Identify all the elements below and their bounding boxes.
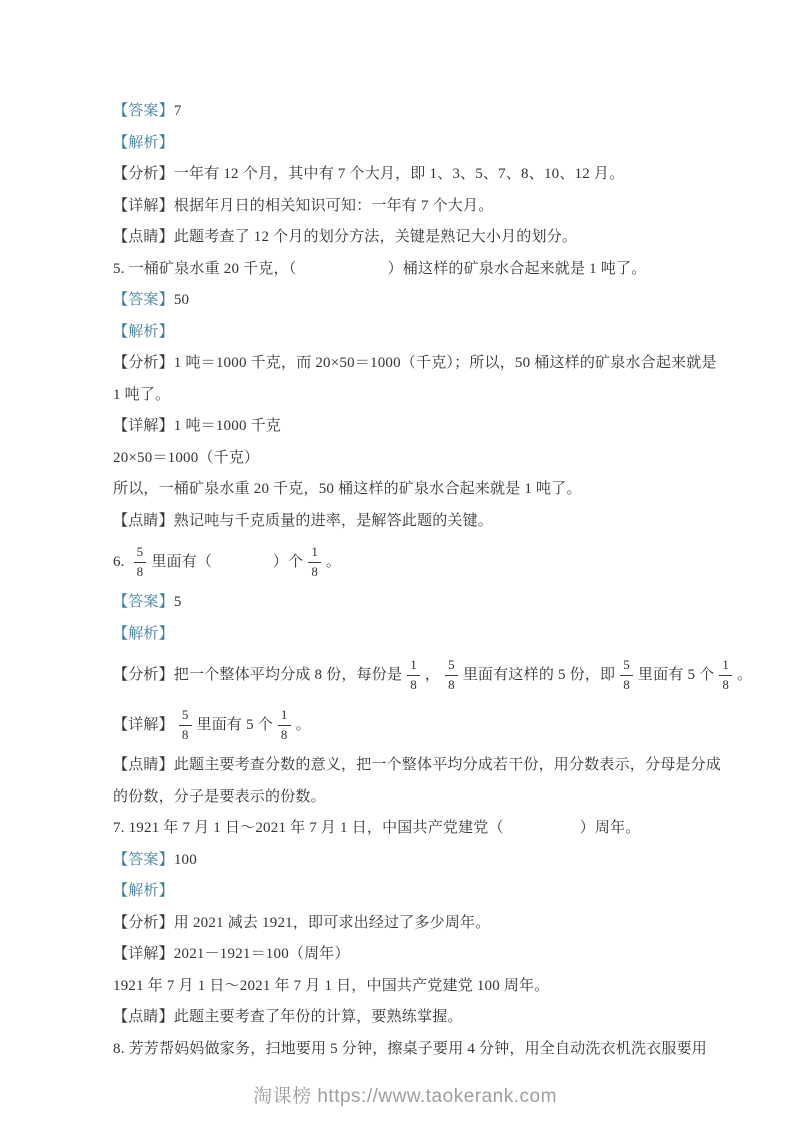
text-span: 【详解】根据年月日的相关知识可知：一年有 7 个大月。 bbox=[113, 198, 493, 214]
text-span: 所以，一桶矿泉水重 20 千克，50 桶这样的矿泉水合起来就是 1 吨了。 bbox=[113, 481, 582, 497]
fraction-denominator: 8 bbox=[620, 676, 633, 693]
text-line: 【详解】58里面有 5 个18。 bbox=[113, 700, 697, 750]
text-span: 【分析】1 吨＝1000 千克，而 20×50＝1000（千克）；所以，50 桶… bbox=[113, 355, 717, 371]
text-line: 【答案】50 bbox=[113, 285, 697, 317]
fraction: 18 bbox=[407, 657, 420, 693]
text-line: 8. 芳芳帮妈妈做家务，扫地要用 5 分钟，擦桌子要用 4 分钟，用全自动洗衣机… bbox=[113, 1034, 697, 1066]
text-span: 1 吨了。 bbox=[113, 387, 170, 403]
text-span: 【详解】 bbox=[113, 700, 174, 750]
section-label: 【答案】 bbox=[113, 103, 174, 119]
text-span: 【点睛】此题主要考查了年份的计算，要熟练掌握。 bbox=[113, 1009, 463, 1025]
text-span: 。 bbox=[326, 537, 341, 587]
section-label: 【解析】 bbox=[113, 135, 174, 151]
text-line: 【详解】1 吨＝1000 千克 bbox=[113, 411, 697, 443]
text-span: 【点睛】熟记吨与千克质量的进率，是解答此题的关键。 bbox=[113, 513, 493, 529]
document-body: 【答案】7【解析】【分析】一年有 12 个月，其中有 7 个大月，即 1、3、5… bbox=[113, 96, 697, 1065]
text-span: 8. 芳芳帮妈妈做家务，扫地要用 5 分钟，擦桌子要用 4 分钟，用全自动洗衣机… bbox=[113, 1041, 707, 1057]
fraction-denominator: 8 bbox=[308, 563, 321, 580]
text-line: 【解析】 bbox=[113, 619, 697, 651]
section-label: 【解析】 bbox=[113, 324, 174, 340]
text-span: 里面有 5 个 bbox=[197, 700, 273, 750]
fraction-numerator: 1 bbox=[407, 657, 420, 675]
fraction-numerator: 5 bbox=[134, 544, 147, 562]
fraction-denominator: 8 bbox=[278, 726, 291, 743]
text-line: 【详解】根据年月日的相关知识可知：一年有 7 个大月。 bbox=[113, 191, 697, 223]
worksheet-page: 【答案】7【解析】【分析】一年有 12 个月，其中有 7 个大月，即 1、3、5… bbox=[0, 0, 793, 1108]
text-line: 【点睛】此题考查了 12 个月的划分方法，关键是熟记大小月的划分。 bbox=[113, 222, 697, 254]
section-label: 【答案】 bbox=[113, 594, 174, 610]
text-line: 【分析】用 2021 减去 1921，即可求出经过了多少周年。 bbox=[113, 908, 697, 940]
text-span: 50 bbox=[174, 292, 189, 308]
fraction-numerator: 5 bbox=[620, 657, 633, 675]
text-span: 【点睛】此题主要考查分数的意义，把一个整体平均分成若干份，用分数表示，分母是分成 bbox=[113, 757, 721, 773]
text-span: 【详解】2021－1921＝100（周年） bbox=[113, 946, 350, 962]
text-line: 【分析】把一个整体平均分成 8 份，每份是18，58里面有这样的 5 份，即58… bbox=[113, 650, 697, 700]
section-label: 【解析】 bbox=[113, 626, 174, 642]
fraction: 58 bbox=[134, 544, 147, 580]
fraction-numerator: 5 bbox=[179, 707, 192, 725]
fraction: 58 bbox=[179, 707, 192, 743]
fraction-denominator: 8 bbox=[719, 676, 732, 693]
section-label: 【答案】 bbox=[113, 852, 174, 868]
text-line: 20×50＝1000（千克） bbox=[113, 443, 697, 475]
text-span: 6. bbox=[113, 537, 129, 587]
text-line: 【点睛】此题主要考查了年份的计算，要熟练掌握。 bbox=[113, 1002, 697, 1034]
watermark-footer: 淘课榜 https://www.taokerank.com bbox=[113, 1081, 697, 1108]
text-span: 【分析】一年有 12 个月，其中有 7 个大月，即 1、3、5、7、8、10、1… bbox=[113, 166, 624, 182]
text-span: 的份数，分子是要表示的份数。 bbox=[113, 789, 326, 805]
section-label: 【解析】 bbox=[113, 883, 174, 899]
fraction-denominator: 8 bbox=[407, 676, 420, 693]
text-span: 【详解】1 吨＝1000 千克 bbox=[113, 418, 281, 434]
fraction: 18 bbox=[719, 657, 732, 693]
fraction-numerator: 1 bbox=[308, 544, 321, 562]
text-line: 【详解】2021－1921＝100（周年） bbox=[113, 939, 697, 971]
text-span: 里面有 5 个 bbox=[638, 650, 714, 700]
fraction-denominator: 8 bbox=[179, 726, 192, 743]
fraction-numerator: 1 bbox=[278, 707, 291, 725]
text-line: 【答案】5 bbox=[113, 587, 697, 619]
fraction: 18 bbox=[308, 544, 321, 580]
text-span: 5 bbox=[174, 594, 182, 610]
text-line: 的份数，分子是要表示的份数。 bbox=[113, 782, 697, 814]
text-span: 1921 年 7 月 1 日～2021 年 7 月 1 日，中国共产党建党 10… bbox=[113, 978, 550, 994]
text-line: 【点睛】此题主要考查分数的意义，把一个整体平均分成若干份，用分数表示，分母是分成 bbox=[113, 750, 697, 782]
text-line: 【解析】 bbox=[113, 317, 697, 349]
fraction: 58 bbox=[445, 657, 458, 693]
text-line: 【解析】 bbox=[113, 876, 697, 908]
text-span: 。 bbox=[737, 650, 752, 700]
text-span: 20×50＝1000（千克） bbox=[113, 450, 259, 466]
text-span: 里面有这样的 5 份，即 bbox=[463, 650, 615, 700]
fraction-numerator: 5 bbox=[445, 657, 458, 675]
text-span: ， bbox=[425, 650, 440, 700]
text-span: 100 bbox=[174, 852, 197, 868]
text-line: 5. 一桶矿泉水重 20 千克，（ ）桶这样的矿泉水合起来就是 1 吨了。 bbox=[113, 254, 697, 286]
text-line: 【解析】 bbox=[113, 128, 697, 160]
text-span: 7 bbox=[174, 103, 182, 119]
text-span: 【分析】把一个整体平均分成 8 份，每份是 bbox=[113, 650, 402, 700]
text-line: 【分析】一年有 12 个月，其中有 7 个大月，即 1、3、5、7、8、10、1… bbox=[113, 159, 697, 191]
text-span: 里面有（ ）个 bbox=[151, 537, 303, 587]
fraction-denominator: 8 bbox=[445, 676, 458, 693]
text-line: 【答案】100 bbox=[113, 845, 697, 877]
text-span: 。 bbox=[296, 700, 311, 750]
text-line: 【点睛】熟记吨与千克质量的进率，是解答此题的关键。 bbox=[113, 506, 697, 538]
section-label: 【答案】 bbox=[113, 292, 174, 308]
text-line: 7. 1921 年 7 月 1 日～2021 年 7 月 1 日，中国共产党建党… bbox=[113, 813, 697, 845]
text-line: 1921 年 7 月 1 日～2021 年 7 月 1 日，中国共产党建党 10… bbox=[113, 971, 697, 1003]
text-span: 7. 1921 年 7 月 1 日～2021 年 7 月 1 日，中国共产党建党… bbox=[113, 820, 641, 836]
text-span: 【分析】用 2021 减去 1921，即可求出经过了多少周年。 bbox=[113, 915, 490, 931]
text-line: 1 吨了。 bbox=[113, 380, 697, 412]
fraction: 58 bbox=[620, 657, 633, 693]
text-line: 所以，一桶矿泉水重 20 千克，50 桶这样的矿泉水合起来就是 1 吨了。 bbox=[113, 474, 697, 506]
fraction-numerator: 1 bbox=[719, 657, 732, 675]
text-line: 【答案】7 bbox=[113, 96, 697, 128]
fraction-denominator: 8 bbox=[134, 563, 147, 580]
text-line: 6. 58里面有（ ）个18。 bbox=[113, 537, 697, 587]
fraction: 18 bbox=[278, 707, 291, 743]
text-line: 【分析】1 吨＝1000 千克，而 20×50＝1000（千克）；所以，50 桶… bbox=[113, 348, 697, 380]
text-span: 【点睛】此题考查了 12 个月的划分方法，关键是熟记大小月的划分。 bbox=[113, 229, 577, 245]
text-span: 5. 一桶矿泉水重 20 千克，（ ）桶这样的矿泉水合起来就是 1 吨了。 bbox=[113, 261, 646, 277]
